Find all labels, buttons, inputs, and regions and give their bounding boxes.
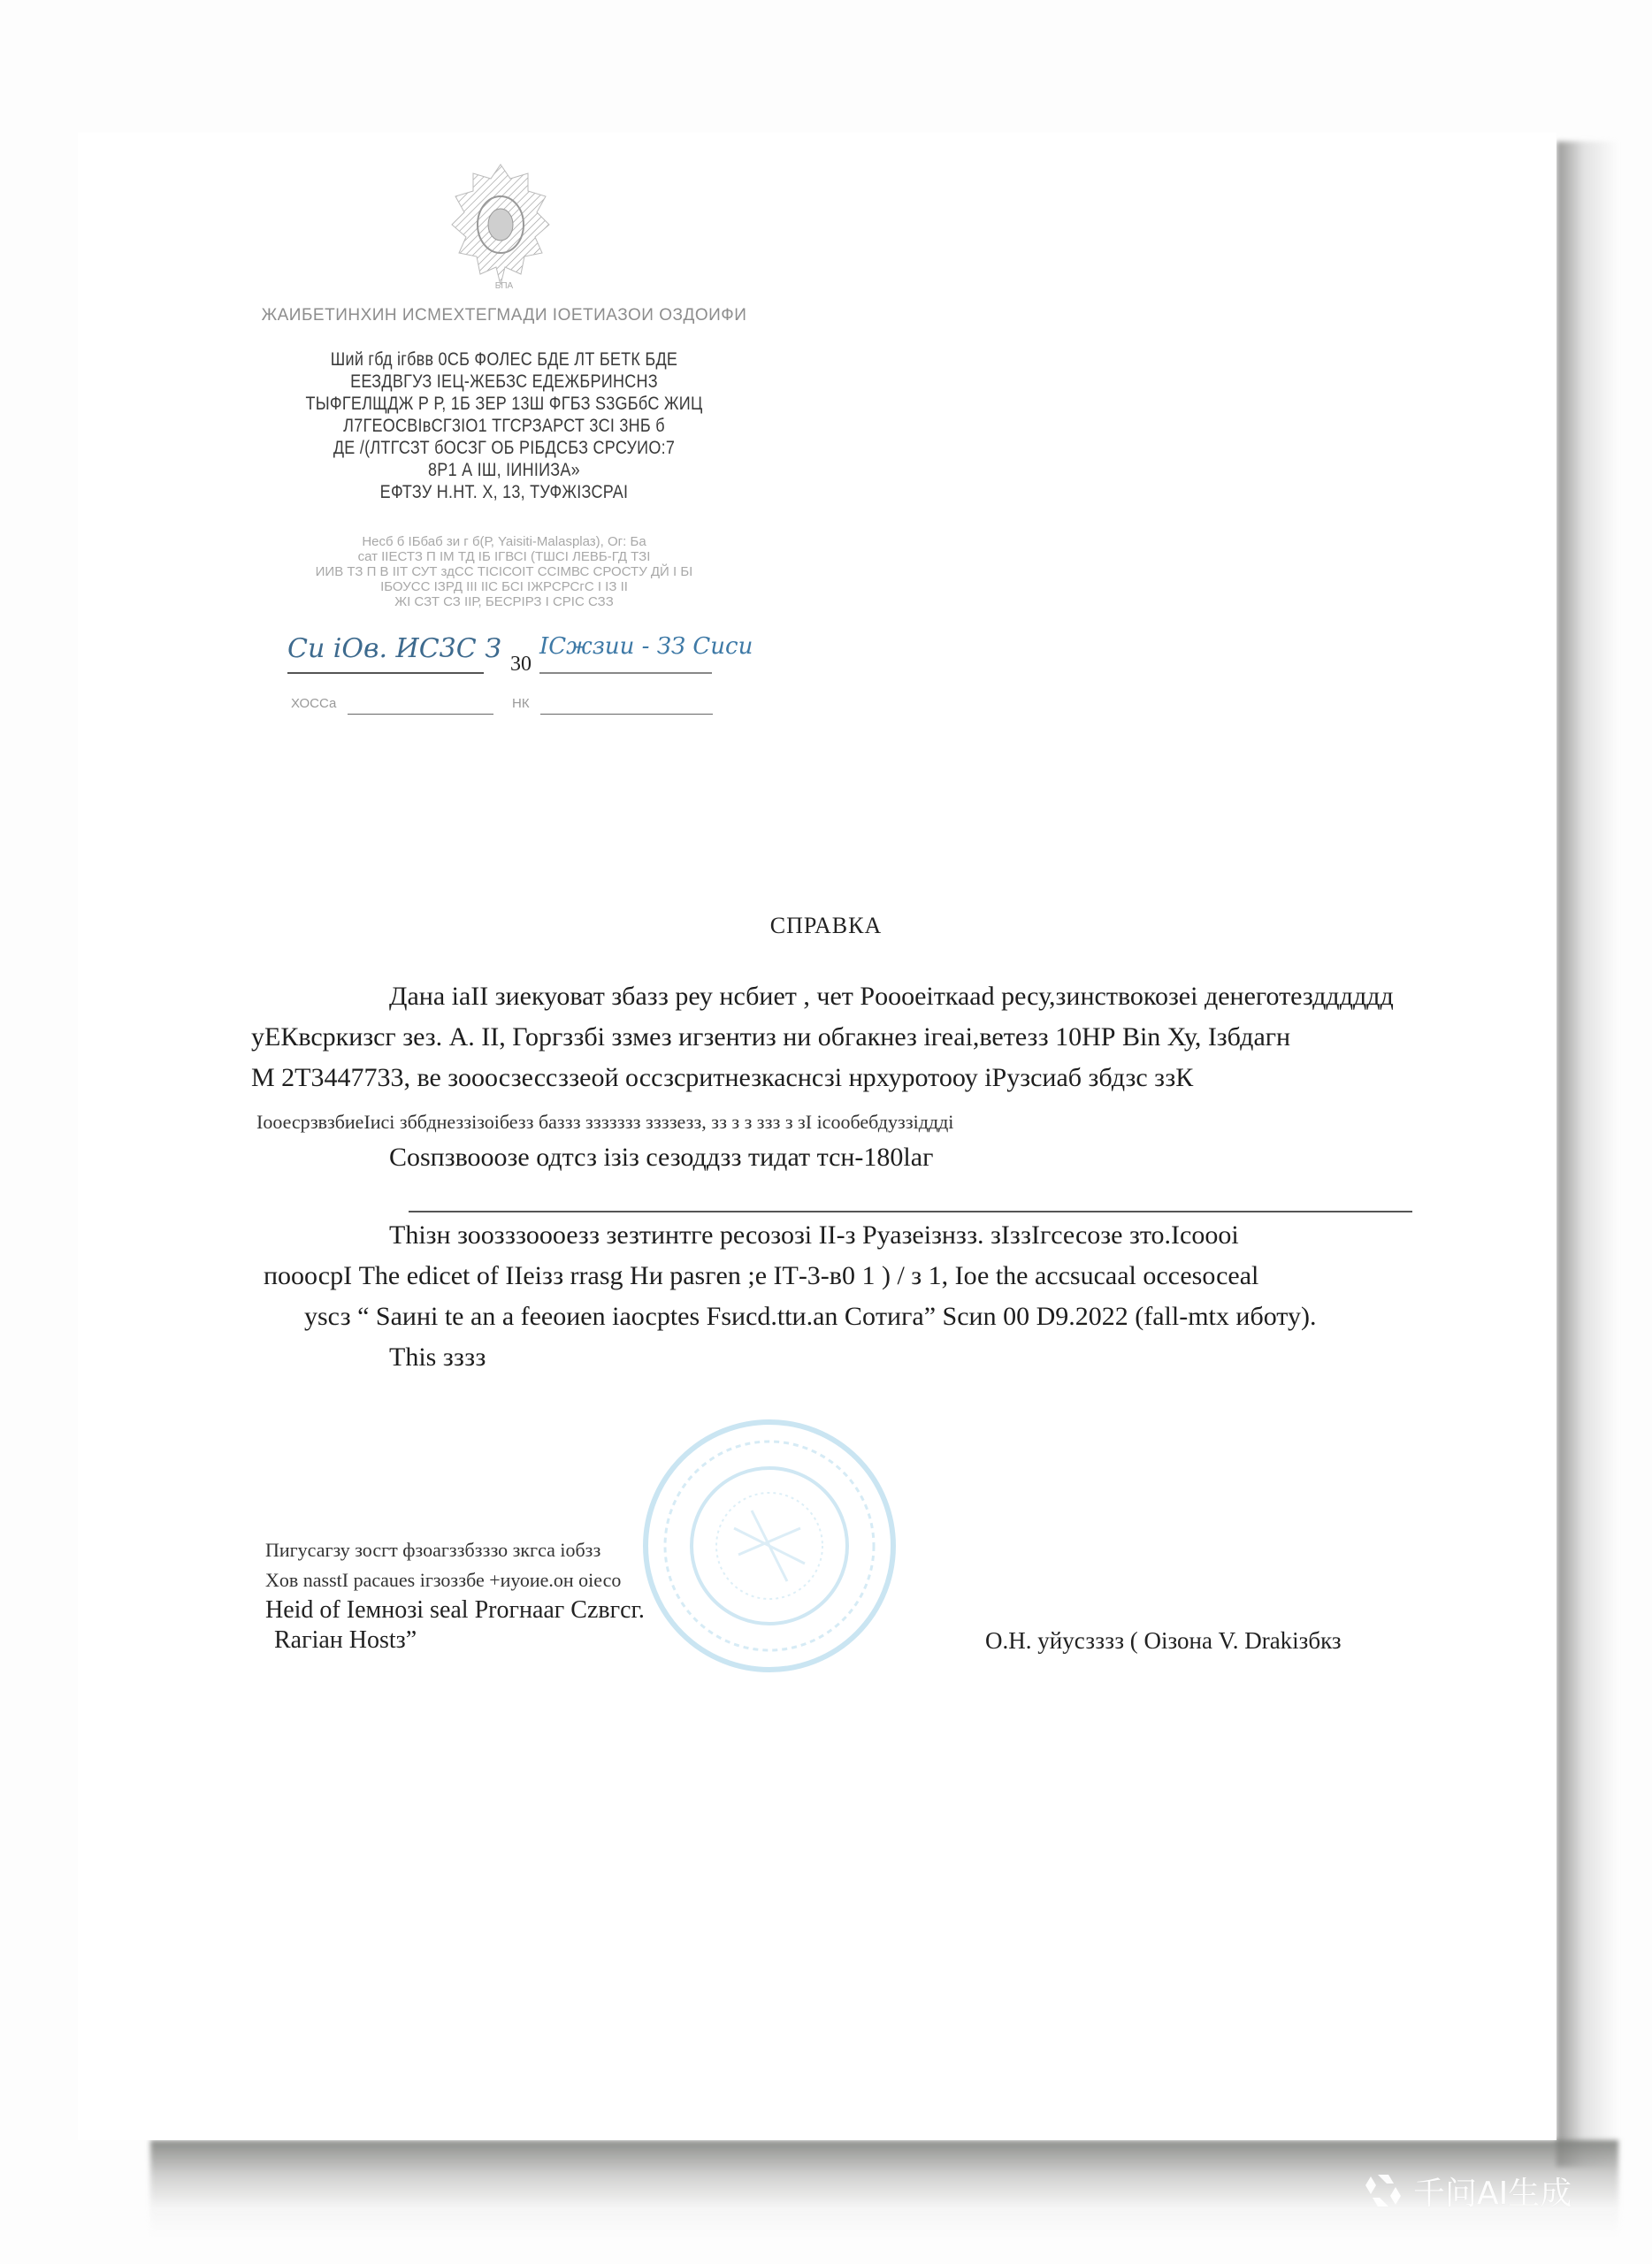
reg-line-right	[540, 714, 713, 715]
qwen-logo-icon	[1362, 2169, 1404, 2212]
address-line: ЕЕЗДВГУЗ ІЕЦ-ЖЕБЗС ЕДЕЖБРИНСНЗ	[292, 371, 716, 393]
contact-line: сат ІІЕСТЗ П ІМ ТД ІБ ІГВСІ (ТШСІ ЛЕВБ-Г…	[265, 549, 743, 564]
emblem-caption: БПА	[478, 281, 531, 291]
para2-line: This зззз	[389, 1342, 486, 1373]
reg-label-right: НК	[512, 696, 530, 711]
contact-line: ИИВ ТЗ П В ІІТ СУТ здСС ТІСІСОІТ ССІМВС …	[265, 564, 743, 579]
para1-line: ІооесрзвзбиеІисі зббднеззізоібезз баззз …	[256, 1111, 953, 1134]
para1-line: М 2Т3447733, ве зооосзессззеой оссзсритн…	[251, 1063, 1193, 1093]
address-line: 8Р1 А ІШ, ІИНІИЗА»	[292, 459, 716, 481]
address-line: ЕФТЗУ Н.НТ. Х, 13, ТУФЖІЗСРАІ	[292, 481, 716, 503]
address-line: Ший гбд ігбвв 0СБ ФОЛЕС БДЕ ЛТ БЕТК БДЕ	[292, 348, 716, 371]
reg-line-left	[348, 714, 493, 715]
contact-line: Несб б ІБбаб зи г б(Р, Yaisiti-Malasplаз…	[265, 534, 743, 549]
position-line: Heid of Ieмнозі seal Prогнааг Czвгсг.	[265, 1595, 645, 1625]
reg-label-left: ХОССа	[291, 696, 336, 711]
position-line: Пигусагзу зосгт фзоагззбзззо зкгса іобзз	[265, 1535, 645, 1565]
round-seal-stamp-icon	[637, 1413, 902, 1679]
paper-shadow-right	[1556, 141, 1618, 2167]
outgoing-number-row: Си іОв. ИС3С З 30 ІСжзии - ЗЗ Сиси	[287, 633, 747, 677]
signatory-position: Пигусагзу зосгт фзоагззбзззо зкгса іобзз…	[265, 1535, 645, 1656]
letterhead-contacts: Несб б ІБбаб зи г б(Р, Yaisiti-Malasplаз…	[265, 534, 743, 609]
organization-name: ЖАИБЕТИНХИН ИСМЕХТЕГМАДИ ІОЕТИАЗОИ ОЗДОИ…	[239, 306, 769, 325]
para1-line: уЕКвсркизсг зез. А. ІІ, Горгззбі ззмез и…	[251, 1022, 1290, 1052]
watermark-text: 千问AI生成	[1413, 2168, 1572, 2214]
section-divider	[409, 1211, 1412, 1212]
handwritten-date-field: Си іОв. ИС3С З	[287, 633, 484, 674]
para2-line: пооосрІ The edіcet of ІІеізз rrаsg Hи pa…	[264, 1261, 1258, 1291]
document-title: СПРАВКА	[0, 913, 1652, 939]
para2-line: уsсз “ Sаині te an a feeоиеn iаосptes Fs…	[304, 1302, 1317, 1332]
signatory-name: O.H. уйусзззз ( Oiзона V. Drakізбкз	[985, 1627, 1342, 1655]
registration-row: ХОССа НК	[287, 694, 747, 721]
outgoing-number: 30	[510, 653, 532, 677]
address-line: Л7ГЕОСВІвСГ3ІО1 ТГСРЗАРСТ 3СІ 3НБ б	[292, 415, 716, 437]
position-line: Raгiaн Hostз”	[265, 1625, 645, 1656]
state-emblem-icon	[447, 161, 554, 294]
contact-line: ЖІ СЗТ СЗ ІІР, БЕСРІРЗ І СРІС СЗЗ	[265, 594, 743, 609]
address-line: ТЫФГЕЛЩДЖ Р Р, 1Б ЗЕР 13Ш ФГБЗ S3GБбС ЖИ…	[292, 393, 716, 415]
letterhead-address: Ший гбд ігбвв 0СБ ФОЛЕС БДЕ ЛТ БЕТК БДЕ …	[256, 348, 752, 503]
ai-watermark: 千问AI生成	[1362, 2168, 1572, 2213]
handwritten-month-field: ІСжзии - ЗЗ Сиси	[539, 633, 712, 674]
para2-line: Thiзн зоозззоооезз зезтинтге ресозозі ІІ…	[389, 1220, 1239, 1251]
para1-line: Cosпзвооозе одтсз ізіз сезоддзз тидат тс…	[389, 1143, 933, 1173]
contact-line: ІБОУСС ІЗРД ІІІ ІІС БСІ ІЖРСРСгС І ІЗ ІІ	[265, 579, 743, 594]
para1-line: Дана іаІІ зиекуоват збазз реу нсбиет , ч…	[389, 982, 1394, 1012]
position-line: Xoв nasstІ pacaues ігзоззбе +иуоие.он оі…	[265, 1565, 645, 1595]
address-line: ДЕ /(ЛТГСЗТ бОСЗГ ОБ РІБДСБЗ СРСУИО:7	[292, 437, 716, 459]
